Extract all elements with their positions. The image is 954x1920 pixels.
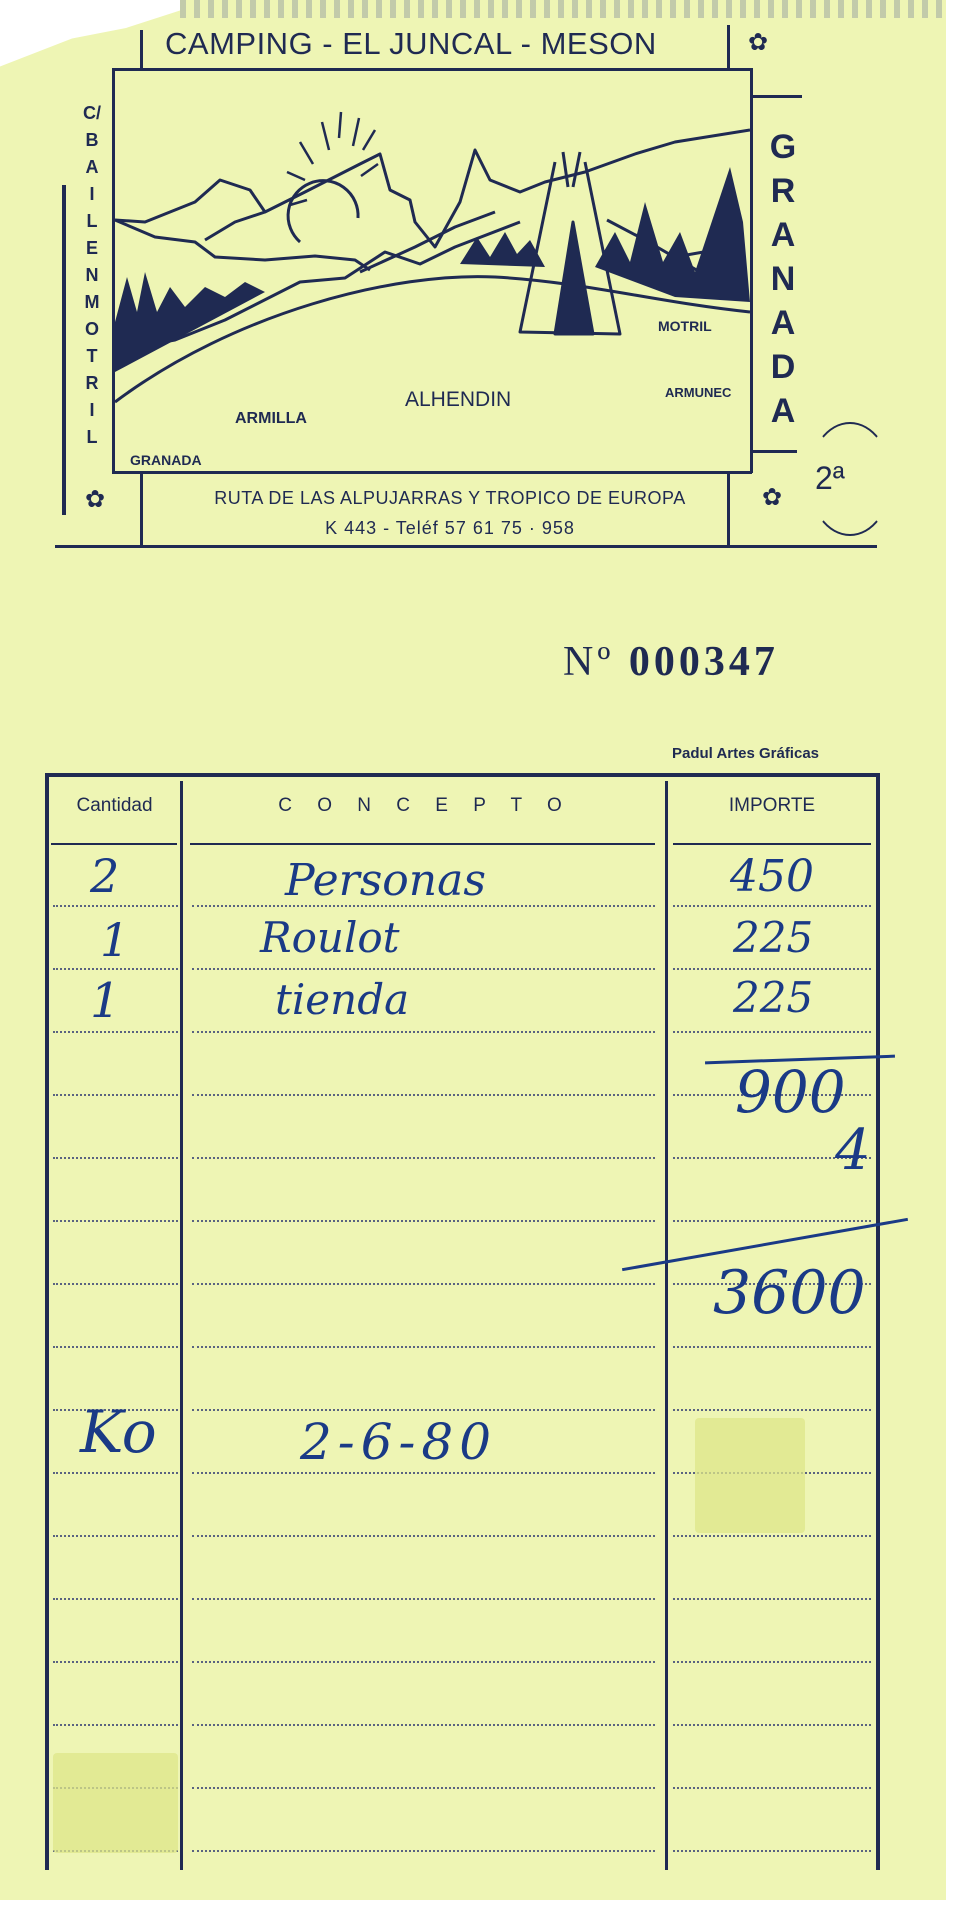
camping-title: CAMPING - EL JUNCAL - MESON [165, 26, 657, 62]
route-box-left [140, 474, 143, 545]
column-header-cantidad: Cantidad [49, 795, 180, 817]
subtotal: 900 [735, 1058, 846, 1126]
title-frame-right [727, 25, 730, 68]
concept-cell: tienda [275, 975, 409, 1024]
ruling-line [192, 1661, 655, 1663]
town-label: ALHENDIN [405, 388, 511, 412]
header-underline [673, 843, 871, 845]
ruling-line [53, 968, 178, 970]
tape-stain [53, 1753, 178, 1853]
ruling-line [192, 1157, 655, 1159]
ruling-line [673, 968, 871, 970]
receipt-number: Nº 000347 [563, 638, 779, 686]
ruling-line [192, 1472, 655, 1474]
ruling-line [53, 1157, 178, 1159]
header-bottom-line [55, 545, 877, 548]
left-margin-bar [62, 185, 66, 515]
town-label: GRANADA [130, 452, 202, 468]
flower-icon-top: ✿ [748, 28, 768, 57]
number-value: 000347 [629, 639, 779, 685]
ruling-line [192, 1283, 655, 1285]
route-tagline: RUTA DE LAS ALPUJARRAS Y TROPICO DE EURO… [155, 488, 745, 509]
table-top-border [45, 773, 880, 777]
ruling-line [192, 1598, 655, 1600]
table-left-border [45, 773, 49, 1870]
total-amount: 3600 [713, 1258, 866, 1328]
ruling-line [192, 1346, 655, 1348]
perforated-edge [180, 0, 946, 18]
qty-cell: 1 [90, 973, 121, 1029]
flower-icon-left: ✿ [85, 485, 105, 514]
ruling-line [673, 1031, 871, 1033]
ruling-line [192, 1094, 655, 1096]
column-header-importe: IMPORTE [668, 795, 876, 817]
ruling-line [673, 1850, 871, 1852]
picture-frame-top [112, 68, 752, 71]
ruling-line [53, 1724, 178, 1726]
ruling-line [192, 1724, 655, 1726]
city-vertical-right: GR AN AD A [763, 125, 803, 433]
torn-corner [0, 0, 180, 70]
ruling-line [53, 1661, 178, 1663]
edition-label: 2ª [815, 460, 845, 497]
amount-cell: 225 [733, 973, 813, 1022]
tape-stain [695, 1418, 805, 1533]
column-header-concepto: C O N C E P T O [185, 795, 665, 817]
ruling-line [192, 968, 655, 970]
town-label: ARMUNEC [665, 385, 731, 400]
amount-cell: 450 [730, 851, 814, 902]
qty-cell: 1 [100, 913, 129, 967]
initials: Ko [80, 1398, 157, 1466]
title-frame-left [140, 30, 143, 68]
date: 2-6-80 [300, 1413, 497, 1471]
ruling-line [673, 1724, 871, 1726]
header-underline [51, 843, 177, 845]
ruling-line [53, 1598, 178, 1600]
items-table: Cantidad C O N C E P T O IMPORTE 2 Perso… [45, 773, 880, 1870]
concept-cell: Personas [285, 855, 486, 906]
town-label: ARMILLA [235, 410, 307, 428]
ruling-line [53, 1535, 178, 1537]
concept-cell: Roulot [260, 913, 400, 962]
ruling-line [192, 1409, 655, 1411]
ruling-line [673, 1661, 871, 1663]
printer-credit: Padul Artes Gráficas [672, 745, 819, 762]
ruling-line [192, 1031, 655, 1033]
ruling-line [673, 1598, 871, 1600]
picture-frame-bottom [112, 471, 752, 474]
qty-cell: 2 [90, 849, 119, 903]
ruling-line [192, 1220, 655, 1222]
ruling-line [53, 1220, 178, 1222]
ruling-line [192, 1850, 655, 1852]
picture-frame-right [750, 68, 753, 473]
ruling-line [673, 1787, 871, 1789]
ruling-line [673, 1535, 871, 1537]
ruling-line [53, 1094, 178, 1096]
ruling-line [673, 1346, 871, 1348]
amount-cell: 225 [733, 913, 813, 962]
ruling-line [673, 1220, 871, 1222]
column-divider-1 [180, 781, 183, 1870]
granada-bar-top [752, 95, 802, 98]
number-label: Nº [563, 639, 614, 685]
address-vertical-left: C/B AI LE NM OT RI L [80, 100, 104, 451]
table-right-border [876, 773, 880, 1870]
town-label: MOTRIL [658, 318, 712, 334]
ruling-line [53, 1472, 178, 1474]
ruling-line [53, 1346, 178, 1348]
ruling-line [673, 1409, 871, 1411]
column-divider-2 [665, 781, 668, 1870]
ruling-line [53, 905, 178, 907]
granada-bar-bottom [752, 450, 797, 453]
address-phone-line: K 443 - Teléf 57 61 75 · 958 [155, 518, 745, 539]
ruling-line [192, 1787, 655, 1789]
ruling-line [53, 1031, 178, 1033]
flower-icon-right: ✿ [762, 483, 782, 512]
ruling-line [673, 905, 871, 907]
header-underline [190, 843, 655, 845]
ruling-line [53, 1283, 178, 1285]
ruling-line [192, 1535, 655, 1537]
receipt-paper: CAMPING - EL JUNCAL - MESON C/B AI LE NM… [0, 0, 946, 1900]
multiplier: 4 [835, 1118, 871, 1183]
